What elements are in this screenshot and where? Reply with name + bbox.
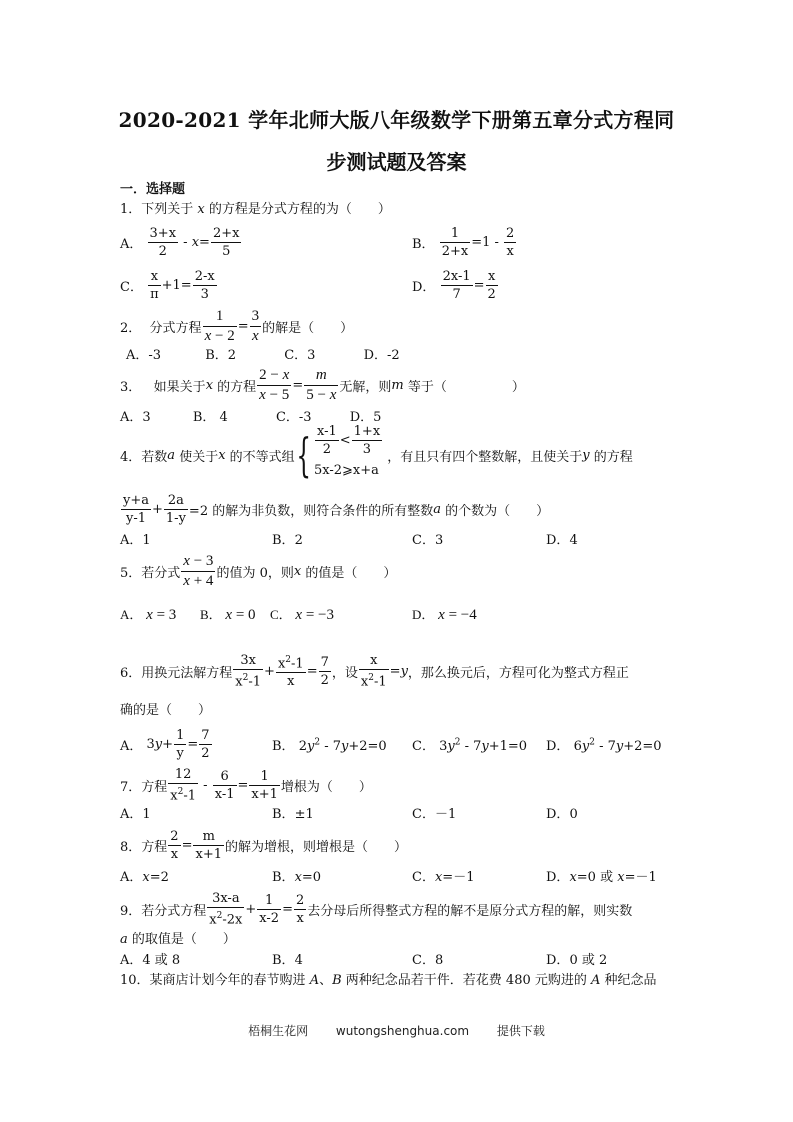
question-1-option-c: C． xπ+1=2-x3	[120, 268, 218, 303]
question-7-stem: 7． 方程 12x2-1 - 6x-1=1x+1 增根为（ ）	[120, 766, 372, 804]
question-1-option-b: B． 12+x=1 - 2x	[412, 225, 517, 260]
question-1-option-d: D． 2x-17=x2	[412, 268, 499, 303]
question-1-stem: 1．下列关于 x 的方程是分式方程的为（ ）	[120, 202, 391, 218]
question-5-stem: 5． 若分式 x − 3x + 4 的值为 0，则 x 的值是（ ）	[120, 552, 396, 591]
page-footer: 梧桐生花网 wutongshenghua.com 提供下载	[0, 1022, 793, 1039]
question-3-stem: 3． 如果关于 x 的方程 2 − xx − 5=m5 − x 无解，则 m 等…	[120, 366, 525, 405]
question-3-options: A．3 B． 4 C．-3 D．5	[120, 410, 381, 426]
footer-site-url[interactable]: wutongshenghua.com	[336, 1024, 469, 1038]
footer-site-name: 梧桐生花网	[248, 1024, 308, 1038]
question-6-stem: 6． 用换元法解方程 3xx2-1+x2-1x=72，设 x x2-1=y，那么…	[120, 652, 629, 690]
inequality-system: x-12<1+x3 5x-2⩾x+a	[314, 428, 383, 482]
footer-note: 提供下载	[497, 1024, 545, 1038]
question-6-stem-line2: 确的是（ ）	[120, 703, 211, 719]
document-page: 2020-2021 学年北师大版八年级数学下册第五章分式方程同 步测试题及答案 …	[0, 0, 793, 1122]
document-title-line2: 步测试题及答案	[0, 146, 793, 175]
left-brace-icon: {	[296, 432, 311, 478]
document-title-line1: 2020-2021 学年北师大版八年级数学下册第五章分式方程同	[0, 104, 793, 133]
question-10-stem: 10．某商店计划今年的春节购进 A、B 两种纪念品若干件．若花费 480 元购进…	[120, 973, 657, 989]
question-4-stem: 4．若数 a 使关于 x 的不等式组 { x-12<1+x3 5x-2⩾x+a …	[120, 428, 633, 482]
question-2-options: A．-3 B．2 C．3 D．-2	[126, 348, 400, 364]
question-6-options: A． 3y+1y=72 B． 2y2 - 7y+2=0 C． 3y2 - 7y+…	[120, 724, 720, 764]
question-9-stem-line2: a 的取值是（ ）	[120, 932, 236, 948]
question-1-option-a: A． 3+x2 - x=2+x5	[120, 225, 242, 260]
question-2-stem: 2． 分式方程 1x − 2=3x 的解是（ ）	[120, 307, 353, 346]
question-4-stem-line2: y+ay-1+2a1-y=2 的解为非负数，则符合条件的所有整数 a 的个数为（…	[120, 492, 549, 527]
question-8-stem: 8． 方程 2x=mx+1 的解为增根，则增根是（ ）	[120, 828, 407, 863]
section-title: 一．选择题	[120, 182, 185, 198]
question-9-stem: 9． 若分式方程 3x-ax2-2x+1x-2=2x 去分母后所得整式方程的解不…	[120, 890, 632, 928]
